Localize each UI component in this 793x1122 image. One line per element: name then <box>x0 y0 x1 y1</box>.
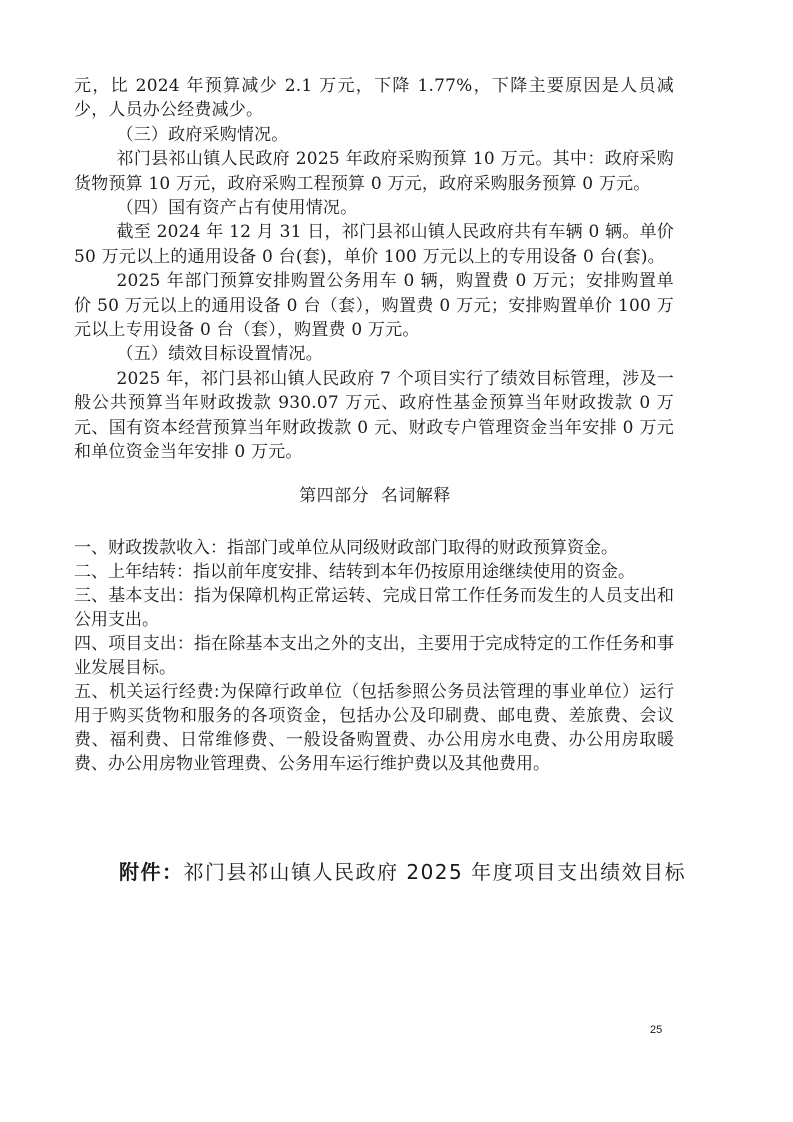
paragraph-assets: 截至 2024 年 12 月 31 日，祁门县祁山镇人民政府共有车辆 0 辆。单… <box>74 220 674 269</box>
section-title: 第四部分 名词解释 <box>0 481 750 506</box>
paragraph-vehicle-purchase: 2025 年部门预算安排购置公务用车 0 辆，购置费 0 万元；安排购置单价 5… <box>74 269 674 342</box>
definition-item: 四、项目支出：指在除基本支出之外的支出，主要用于完成特定的工作任务和事业发展目标… <box>74 632 674 680</box>
attachment-line: 附件：祁门县祁山镇人民政府 2025 年度项目支出绩效目标 <box>119 856 679 885</box>
budget-text-section: 元，比 2024 年预算减少 2.1 万元，下降 1.77%，下降主要原因是人员… <box>74 74 674 465</box>
attachment-label: 附件： <box>119 860 184 884</box>
paragraph-procurement: 祁门县祁山镇人民政府 2025 年政府采购预算 10 万元。其中：政府采购货物预… <box>74 147 674 196</box>
page-number: 25 <box>650 1024 662 1036</box>
subheading-performance-goals: （五）绩效目标设置情况。 <box>74 342 674 366</box>
subheading-state-assets: （四）国有资产占有使用情况。 <box>74 196 674 220</box>
document-page: 元，比 2024 年预算减少 2.1 万元，下降 1.77%，下降主要原因是人员… <box>0 0 793 1122</box>
definition-item: 五、机关运行经费:为保障行政单位（包括参照公务员法管理的事业单位）运行用于购买货… <box>74 680 674 776</box>
definition-item: 二、上年结转：指以前年度安排、结转到本年仍按原用途继续使用的资金。 <box>74 560 674 584</box>
paragraph-continuation: 元，比 2024 年预算减少 2.1 万元，下降 1.77%，下降主要原因是人员… <box>74 74 674 123</box>
paragraph-performance: 2025 年，祁门县祁山镇人民政府 7 个项目实行了绩效目标管理，涉及一般公共预… <box>74 367 674 465</box>
definition-item: 一、财政拨款收入：指部门或单位从同级财政部门取得的财政预算资金。 <box>74 536 674 560</box>
attachment-title: 祁门县祁山镇人民政府 2025 年度项目支出绩效目标 <box>184 860 687 884</box>
definition-item: 三、基本支出：指为保障机构正常运转、完成日常工作任务而发生的人员支出和公用支出。 <box>74 584 674 632</box>
subheading-government-procurement: （三）政府采购情况。 <box>74 123 674 147</box>
definitions-list: 一、财政拨款收入：指部门或单位从同级财政部门取得的财政预算资金。 二、上年结转：… <box>74 536 674 776</box>
